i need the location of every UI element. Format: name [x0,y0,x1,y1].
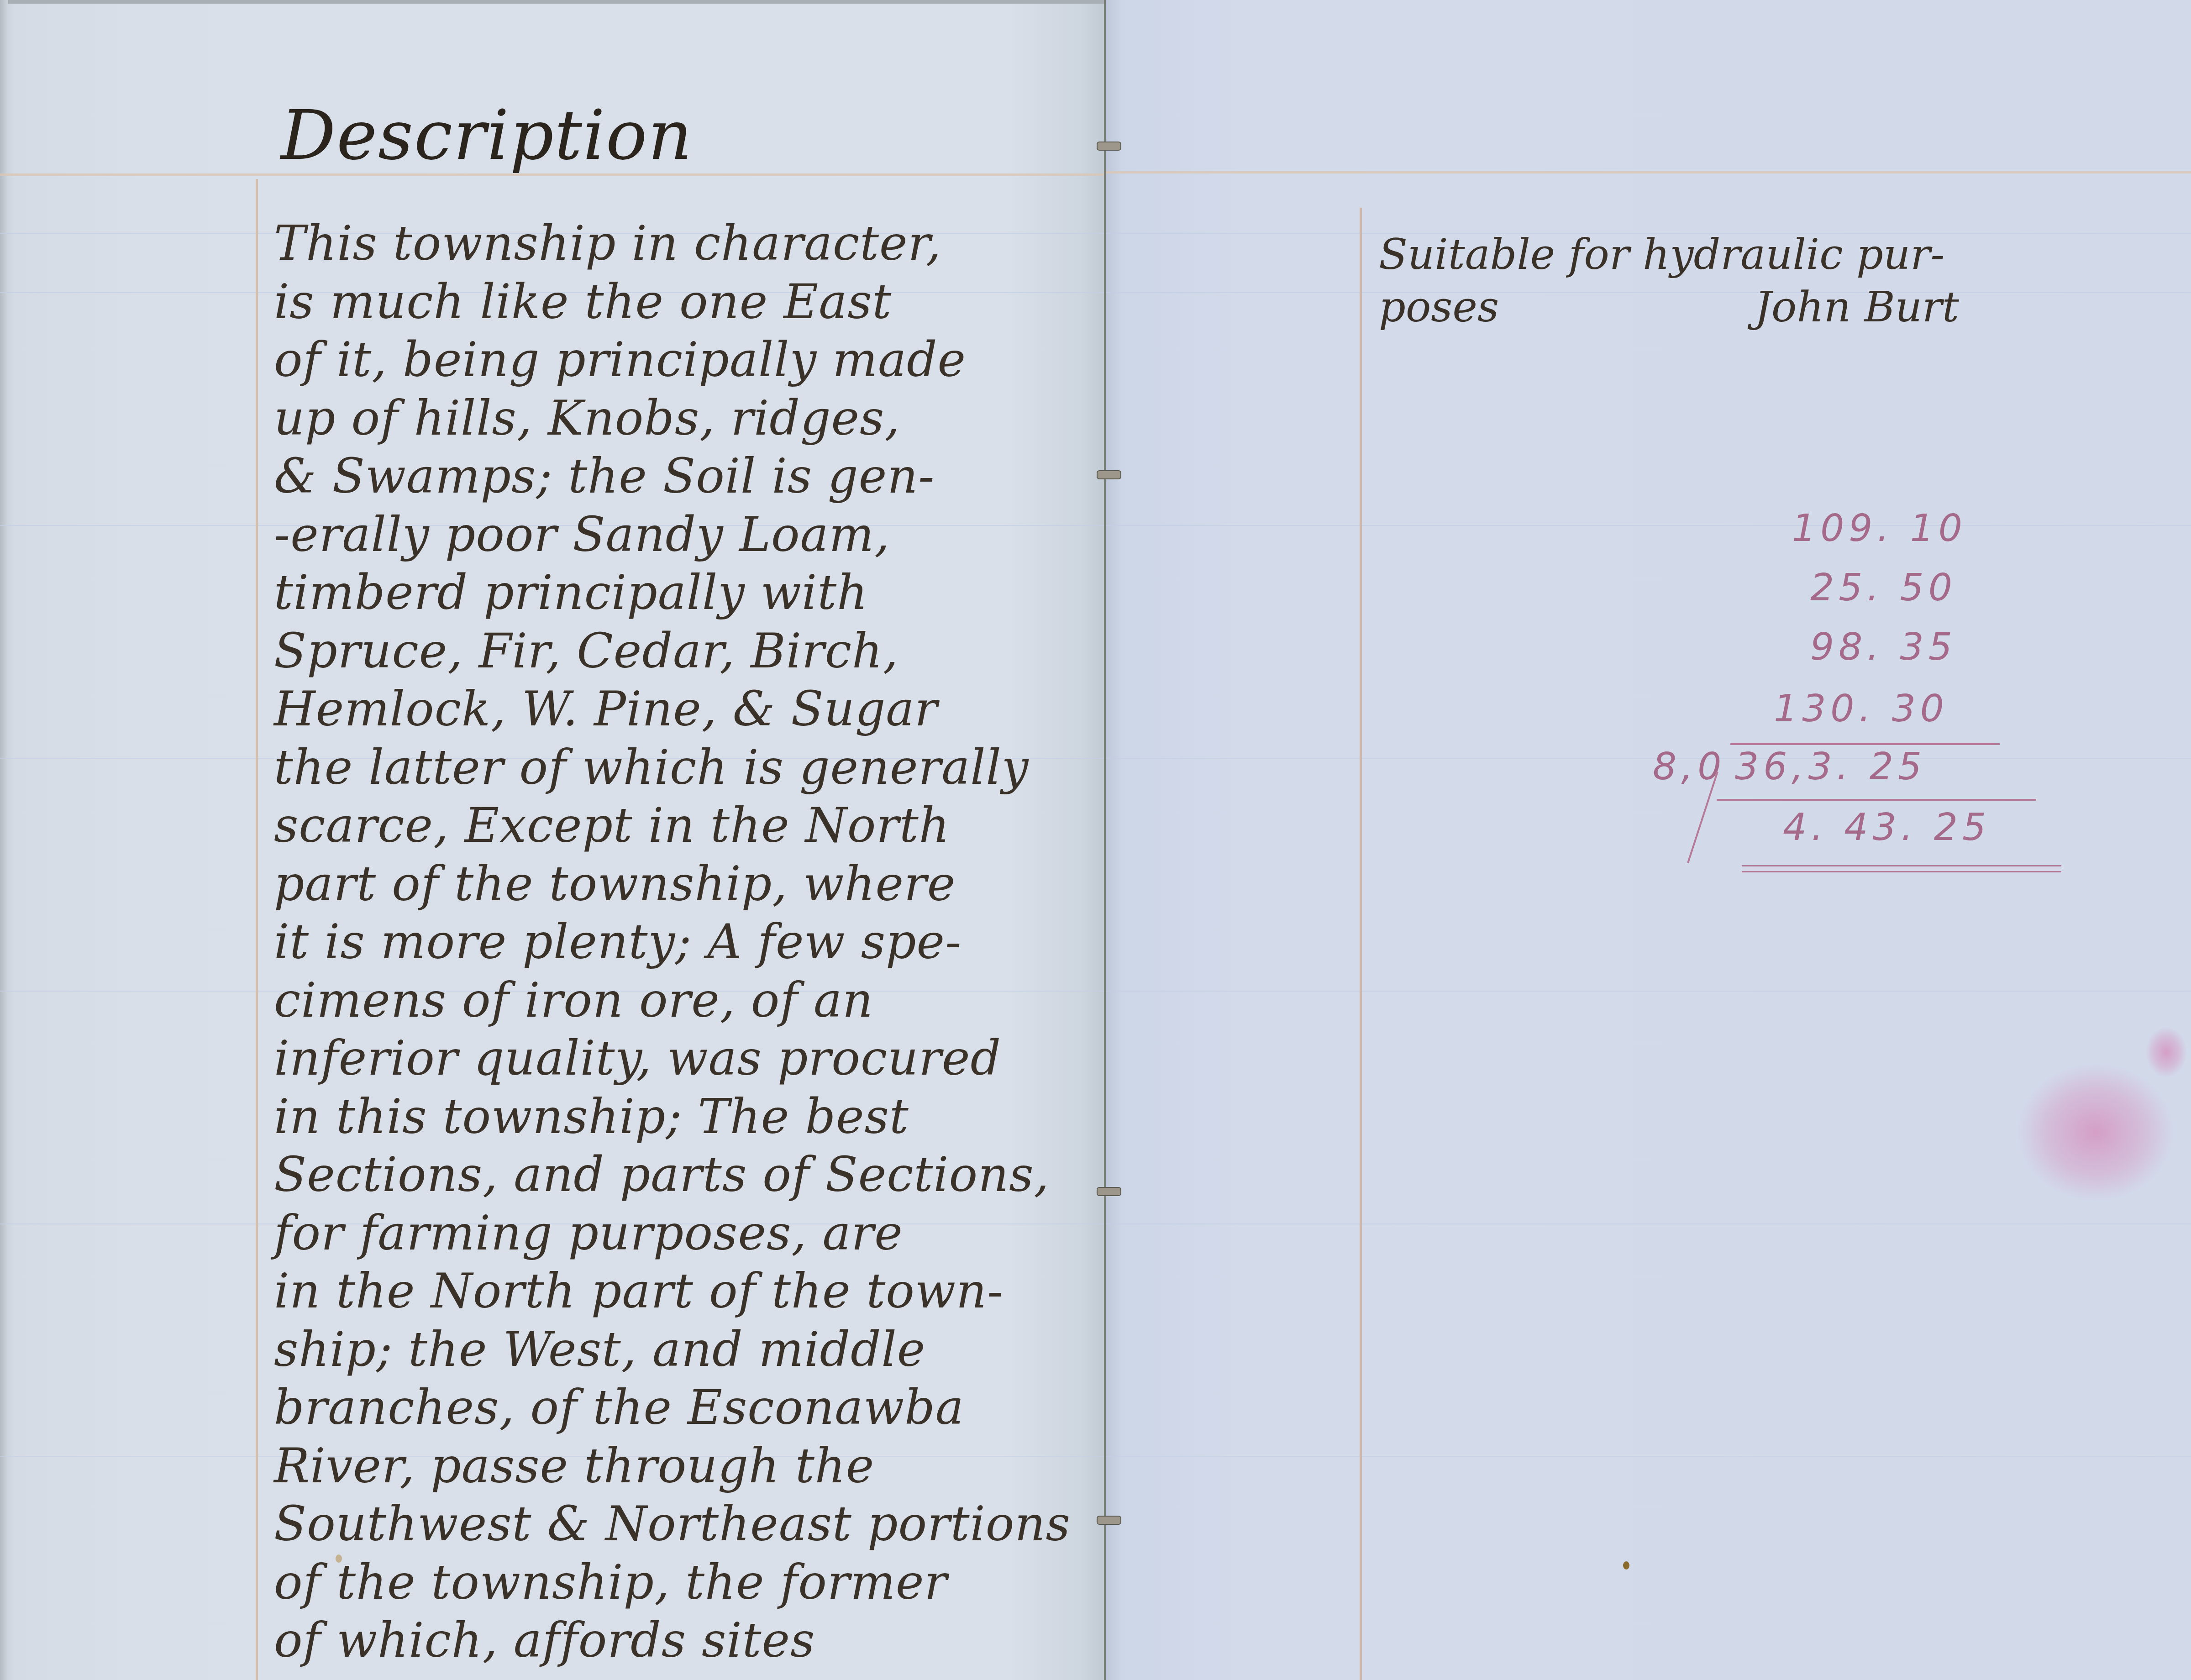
binding-stitch [1097,1187,1121,1196]
text-line: branches, of the Esconawba [274,1379,1096,1437]
addend: 25. 50 [1810,566,1957,609]
paper-spot [336,1554,342,1563]
text-line: inferior quality, was procured [274,1029,1096,1088]
hydraulic-note: Suitable for hydraulic pur- posesJohn Bu… [1379,228,1959,333]
binding-gutter [1104,0,1106,1680]
note-line: poses [1379,283,1499,331]
text-line: the latter of which is generally [274,739,1096,797]
text-line: in this township; The best [274,1088,1096,1146]
margin-line-right [1360,208,1362,1680]
quotient: 4. 43. 25 [1783,806,1991,849]
page-fore-edge [0,0,8,1680]
text-line: scarce, Except in the North [274,797,1096,855]
text-line: it is more plenty; A few spe- [274,913,1096,971]
text-line: timberd principally with [274,564,1096,622]
page-top-edge [0,0,1104,4]
text-line: for farming purposes, are [274,1204,1096,1263]
text-line: Hemlock, W. Pine, & Sugar [274,680,1096,739]
double-underline-bottom [1742,871,2061,872]
text-line: part of the township, where [274,855,1096,913]
double-underline-top [1742,865,2061,866]
text-line: Spruce, Fir, Cedar, Birch, [274,622,1096,681]
pink-ink-stain [2018,1064,2173,1201]
quotient-rule [1717,799,2036,801]
text-line: of the township, the former [274,1554,1096,1612]
text-line: up of hills, Knobs, ridges, [274,389,1096,448]
text-line: of which, affords sites [274,1612,1096,1670]
text-line: -erally poor Sandy Loam, [274,506,1096,564]
note-line: Suitable for hydraulic pur- [1379,228,1959,281]
text-line: in the North part of the town- [274,1262,1096,1321]
text-line: River, passe through the [274,1437,1096,1496]
margin-line-left [256,179,258,1680]
sum-total: 36,3. 25 [1735,745,1926,788]
text-line: ship; the West, and middle [274,1321,1096,1379]
binding-stitch [1097,1516,1121,1525]
page-heading: Description [281,96,693,175]
text-line: cimens of iron ore, of an [274,971,1096,1030]
addend: 130. 30 [1774,687,1949,730]
addend: 98. 35 [1810,625,1957,669]
description-text: This township in character, is much like… [274,215,1096,1670]
text-line: This township in character, [274,215,1096,273]
header-rule-right [1104,171,2191,173]
binding-stitch [1097,142,1121,151]
note-line-with-signature: posesJohn Burt [1379,281,1959,333]
ledger-spread: Description This township in character, … [0,0,2191,1680]
addend: 109. 10 [1792,507,1967,550]
text-line: Southwest & Northeast portions [274,1495,1096,1554]
text-line: & Swamps; the Soil is gen- [274,447,1096,506]
surveyor-signature: John Burt [1499,283,1959,331]
binding-stitch [1097,470,1121,479]
text-line: of it, being principally made [274,331,1096,389]
text-line: is much like the one East [274,273,1096,331]
text-line: Sections, and parts of Sections, [274,1146,1096,1204]
paper-spot [1623,1561,1629,1570]
pink-ink-stain [2146,1027,2187,1077]
